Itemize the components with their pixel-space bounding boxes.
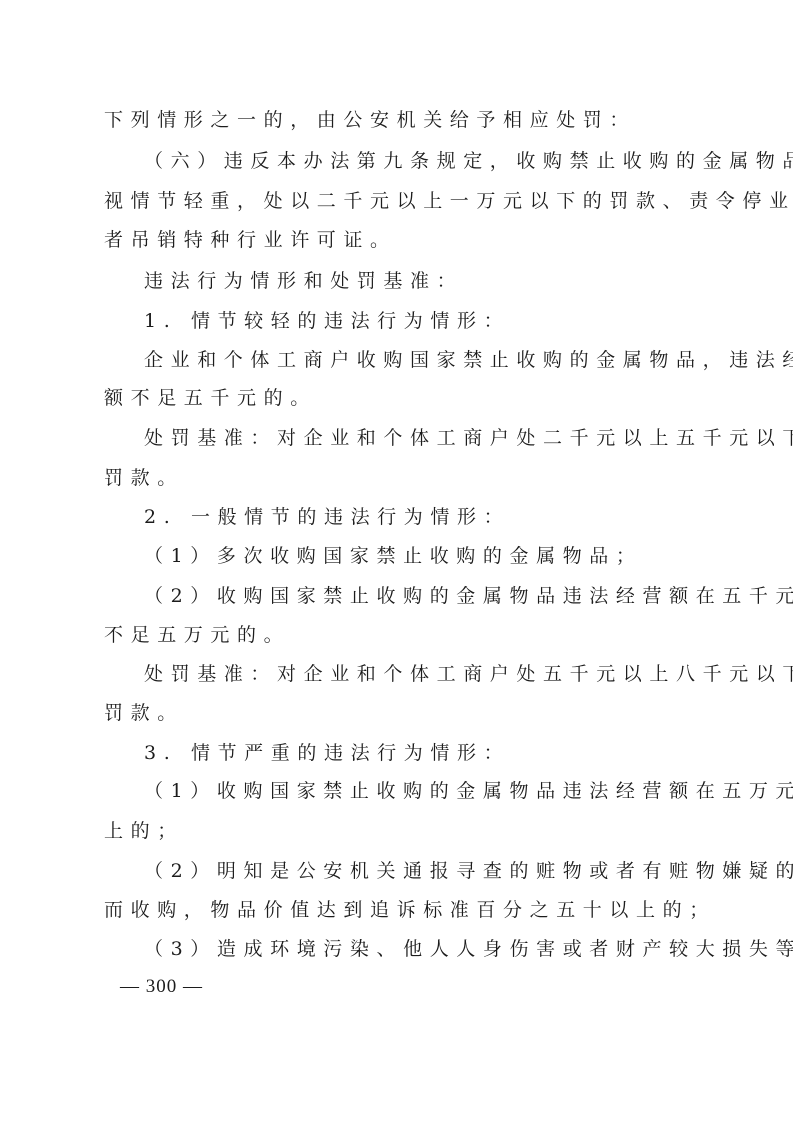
text-line: 视情节轻重，处以二千元以上一万元以下的罚款、责令停业整顿或 — [104, 186, 692, 216]
subsection-heading: 1. 情节较轻的违法行为情形： — [144, 306, 692, 336]
page-number: — 300 — — [120, 976, 203, 998]
text-line: 处罚基准：对企业和个体工商户处五千元以上八千元以下 — [144, 659, 692, 689]
text-line: 者吊销特种行业许可证。 — [104, 225, 692, 255]
text-line: （1）收购国家禁止收购的金属物品违法经营额在五万元以 — [144, 776, 692, 806]
text-line: 而收购，物品价值达到追诉标准百分之五十以上的； — [104, 895, 692, 925]
text-line: 罚款。 — [104, 698, 692, 728]
text-line: 额不足五千元的。 — [104, 383, 692, 413]
text-line: （1）多次收购国家禁止收购的金属物品； — [144, 541, 692, 571]
text-line: 企业和个体工商户收购国家禁止收购的金属物品，违法经营 — [144, 345, 692, 375]
text-line: 罚款。 — [104, 463, 692, 493]
text-line: 上的； — [104, 816, 692, 846]
text-line: （2）明知是公安机关通报寻查的赃物或者有赃物嫌疑的物品 — [144, 856, 692, 886]
subsection-heading: 2. 一般情节的违法行为情形： — [144, 502, 692, 532]
subsection-heading: 3. 情节严重的违法行为情形： — [144, 738, 692, 768]
section-heading: 违法行为情形和处罚基准： — [144, 266, 692, 296]
text-line: （2）收购国家禁止收购的金属物品违法经营额在五千元以上 — [144, 581, 692, 611]
text-line: （六）违反本办法第九条规定，收购禁止收购的金属物品的， — [144, 146, 692, 176]
text-line: （3）造成环境污染、他人人身伤害或者财产较大损失等严重 — [144, 934, 692, 964]
text-line: 不足五万元的。 — [104, 620, 692, 650]
document-page: 下列情形之一的，由公安机关给予相应处罚： （六）违反本办法第九条规定，收购禁止收… — [0, 0, 793, 1122]
text-line: 处罚基准：对企业和个体工商户处二千元以上五千元以下 — [144, 423, 692, 453]
text-line: 下列情形之一的，由公安机关给予相应处罚： — [104, 105, 692, 135]
